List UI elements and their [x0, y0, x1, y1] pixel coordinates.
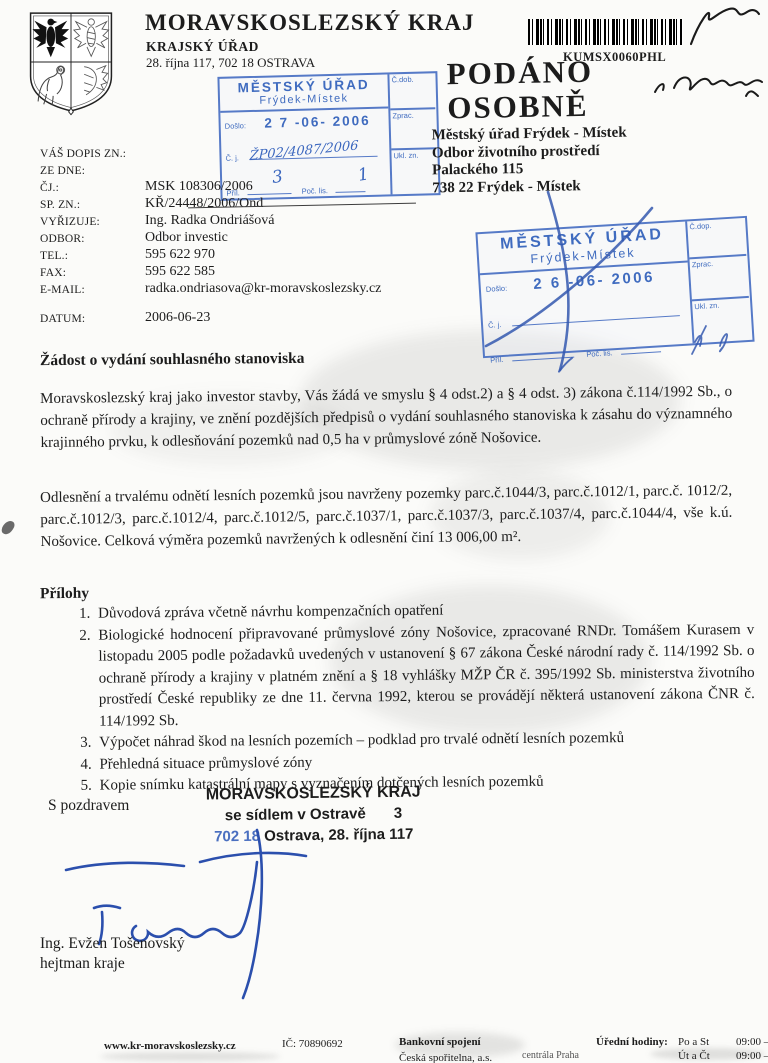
barcode: [528, 19, 683, 45]
date-label: DATUM:: [40, 313, 85, 325]
body-paragraph-2: Odlesnění a trvalému odnětí lesních poze…: [40, 480, 733, 553]
stamp1-zprac-label: Zprac.: [390, 109, 436, 150]
salutation: S pozdravem: [48, 797, 129, 815]
footer-website: www.kr-moravskoslezsky.cz: [104, 1040, 236, 1052]
body-paragraph-1: Moravskoslezský kraj jako investor stavb…: [40, 381, 733, 454]
recipient-line: Odbor životního prostředí: [432, 142, 627, 162]
meta-value: Ing. Radka Ondriášová: [145, 213, 274, 229]
stamp1-poclis-label: Poč. lis.: [302, 186, 328, 196]
footer-bank-branch: centrála Praha: [522, 1050, 579, 1061]
submission-line1: PODÁNO: [446, 55, 593, 92]
signer-name: Ing. Evžen Tošenovský: [40, 934, 185, 954]
stamp1-cj-label: Č. j.: [225, 153, 239, 162]
meta-value: radka.ondriasova@kr-moravskoslezsky.cz: [145, 281, 381, 297]
footer-hours-days: Po a St: [678, 1036, 709, 1048]
footer-hours-time: 09:00 – 17:00: [736, 1036, 768, 1048]
attachments-heading: Přílohy: [40, 585, 89, 603]
meta-value: 595 622 585: [145, 264, 215, 280]
meta-label: VÁŠ DOPIS ZN.:: [40, 148, 126, 160]
stamp1-doslo-label: Došlo:: [225, 121, 246, 131]
signer-title: hejtman kraje: [40, 954, 185, 974]
meta-label: ZE DNE:: [40, 165, 85, 177]
meta-value: 595 622 970: [145, 247, 215, 263]
meta-label: ODBOR:: [40, 233, 85, 245]
org-unit: KRAJSKÝ ÚŘAD: [146, 39, 259, 55]
footer-bank-label: Bankovní spojení: [399, 1036, 481, 1048]
footer-bank-name: Česká spořitelna, a.s.: [399, 1052, 492, 1063]
org-address: 28. října 117, 702 18 OSTRAVA: [146, 55, 315, 71]
submission-stamp: PODÁNO OSOBNĚ: [446, 55, 593, 126]
stamp1-doslo-date: 2 7 -06- 2006: [264, 113, 371, 131]
meta-label: FAX:: [40, 267, 66, 279]
meta-value: KŘ/24448/2006/Ond: [145, 196, 263, 212]
stamp1-cdop-label: Č.dob.: [389, 73, 435, 110]
coat-of-arms-icon: [24, 8, 118, 116]
subject-line: Žádost o vydání souhlasného stanoviska: [40, 350, 305, 370]
scan-smudge: [100, 1052, 280, 1061]
submission-line2: OSOBNĚ: [447, 89, 594, 126]
meta-label: ČJ.:: [40, 182, 59, 194]
footer-hours-time: 09:00 – 15:00: [736, 1050, 768, 1062]
stamp1-uklzn-label: Ukl. zn.: [391, 149, 437, 184]
meta-label: SP. ZN.:: [40, 199, 80, 211]
date-value: 2006-06-23: [145, 310, 210, 326]
sender-stamp-suffix: 3: [394, 803, 403, 824]
footer-ic: IČ: 70890692: [282, 1038, 343, 1050]
footer-hours-days: Út a Čt: [678, 1050, 710, 1062]
handwritten-mark-icon: [650, 58, 768, 104]
meta-label: TEL.:: [40, 250, 68, 262]
blue-annotation-icon: [686, 322, 740, 362]
meta-value: Odbor investic: [145, 230, 228, 246]
meta-value: MSK 108306/2006: [145, 179, 253, 195]
signer-block: Ing. Evžen Tošenovský hejtman kraje: [40, 934, 185, 974]
attachment-item: Biologické hodnocení připravované průmys…: [94, 619, 755, 732]
attachments-list: Důvodová zpráva včetně návrhu kompenzačn…: [58, 598, 756, 798]
meta-label: VYŘIZUJE:: [40, 216, 100, 228]
coat-of-arms: [24, 8, 118, 121]
ink-blot: [0, 518, 16, 536]
org-name: MORAVSKOSLEZSKÝ KRAJ: [145, 10, 475, 36]
footer-hours-label: Úřední hodiny:: [596, 1036, 686, 1048]
handwritten-mark-icon: [683, 2, 765, 48]
scanned-letter-page: MORAVSKOSLEZSKÝ KRAJ KRAJSKÝ ÚŘAD 28. ří…: [0, 0, 768, 1063]
meta-label: E-MAIL:: [40, 284, 85, 296]
recipient-line: Městský úřad Frýdek - Místek: [432, 125, 627, 145]
signature-icon: [48, 822, 358, 1002]
